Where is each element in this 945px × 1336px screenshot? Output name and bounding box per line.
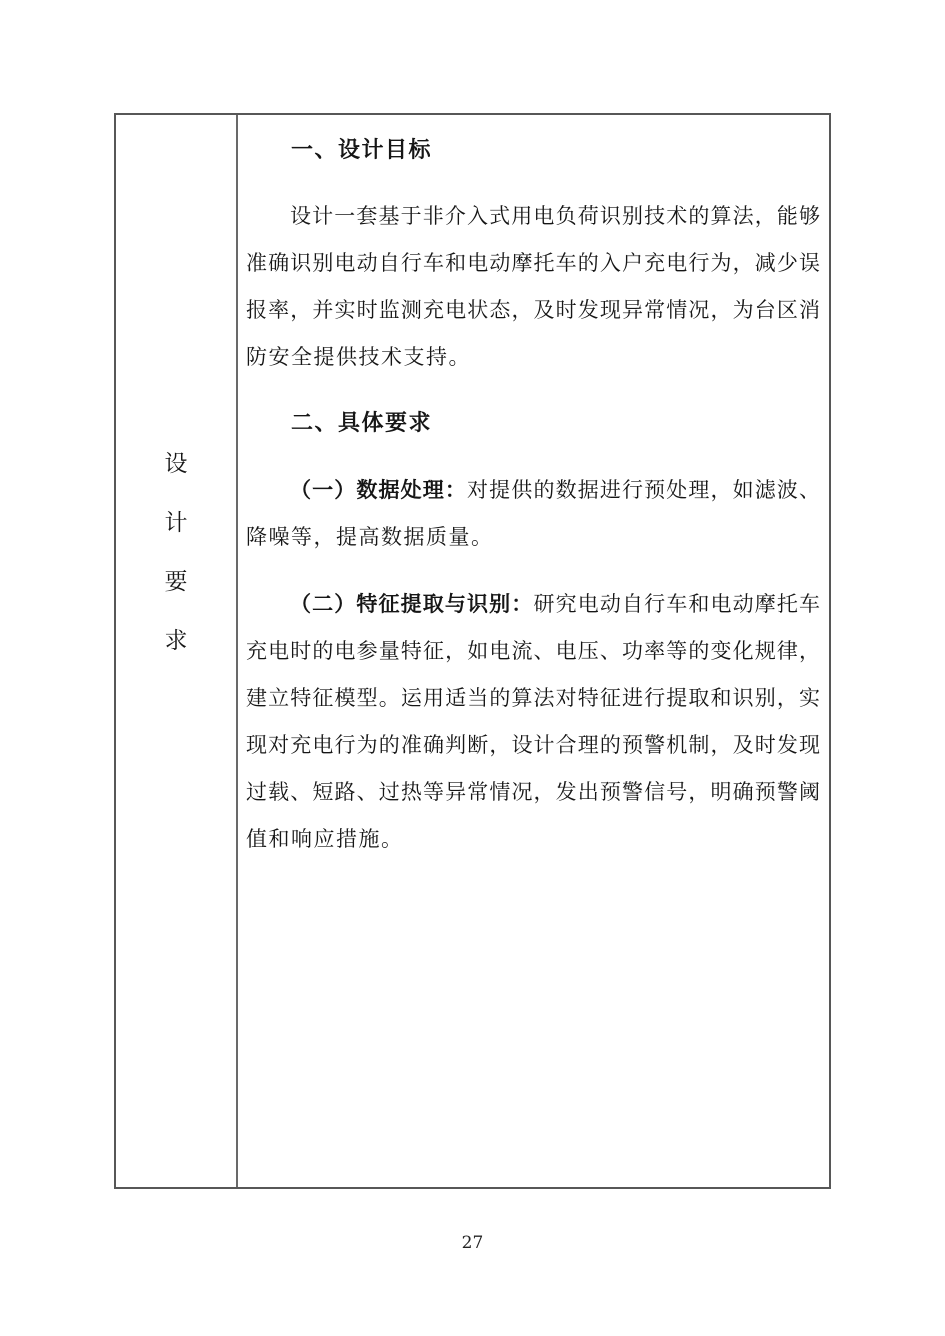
text-line: 现对充电行为的准确判断，设计合理的预警机制，及时发现	[246, 722, 820, 769]
text-run: 对提供的数据进行预处理，如滤波、	[467, 478, 820, 502]
text-run: 值和响应措施。	[246, 827, 404, 851]
text-line: 防安全提供技术支持。	[246, 334, 820, 381]
section-heading: 一、设计目标	[246, 127, 820, 174]
paragraph: （一）数据处理：对提供的数据进行预处理，如滤波、降噪等，提高数据质量。	[246, 466, 820, 561]
text-line: 值和响应措施。	[246, 816, 820, 863]
label-character: 设	[165, 435, 188, 494]
label-character: 求	[165, 612, 188, 671]
text-run: 过载、短路、过热等异常情况，发出预警信号，明确预警阈	[246, 780, 820, 804]
text-run: 设计一套基于非介入式用电负荷识别技术的算法，能够	[290, 204, 820, 228]
paragraph: （二）特征提取与识别：研究电动自行车和电动摩托车充电时的电参量特征，如电流、电压…	[246, 580, 820, 863]
label-column: 设计要求	[116, 115, 238, 1187]
text-line: 降噪等，提高数据质量。	[246, 514, 820, 561]
text-line: （一）数据处理：对提供的数据进行预处理，如滤波、	[246, 466, 820, 514]
text-run: 准确识别电动自行车和电动摩托车的入户充电行为，减少误	[246, 251, 820, 275]
content-cell: 一、设计目标设计一套基于非介入式用电负荷识别技术的算法，能够准确识别电动自行车和…	[238, 115, 829, 1187]
text-run: 建立特征模型。运用适当的算法对特征进行提取和识别，实	[246, 686, 820, 710]
text-line: 准确识别电动自行车和电动摩托车的入户充电行为，减少误	[246, 240, 820, 287]
text-line: 充电时的电参量特征，如电流、电压、功率等的变化规律，	[246, 628, 820, 675]
bold-run: （二）特征提取与识别：	[290, 591, 533, 616]
text-line: 过载、短路、过热等异常情况，发出预警信号，明确预警阈	[246, 769, 820, 816]
text-run: 现对充电行为的准确判断，设计合理的预警机制，及时发现	[246, 733, 820, 757]
text-run: 充电时的电参量特征，如电流、电压、功率等的变化规律，	[246, 639, 820, 663]
text-run: 研究电动自行车和电动摩托车	[533, 592, 820, 616]
text-run: 报率，并实时监测充电状态，及时发现异常情况，为台区消	[246, 298, 820, 322]
text-run: 降噪等，提高数据质量。	[246, 525, 494, 549]
text-line: 设计一套基于非介入式用电负荷识别技术的算法，能够	[246, 193, 820, 240]
label-character: 计	[165, 494, 188, 553]
section-heading: 二、具体要求	[246, 400, 820, 447]
text-line: （二）特征提取与识别：研究电动自行车和电动摩托车	[246, 580, 820, 628]
bold-run: （一）数据处理：	[290, 477, 467, 502]
text-line: 建立特征模型。运用适当的算法对特征进行提取和识别，实	[246, 675, 820, 722]
label-character: 要	[165, 553, 188, 612]
text-line: 报率，并实时监测充电状态，及时发现异常情况，为台区消	[246, 287, 820, 334]
paragraph: 设计一套基于非介入式用电负荷识别技术的算法，能够准确识别电动自行车和电动摩托车的…	[246, 193, 820, 381]
design-requirements-table: 设计要求 一、设计目标设计一套基于非介入式用电负荷识别技术的算法，能够准确识别电…	[114, 113, 831, 1189]
page-number: 27	[0, 1233, 945, 1253]
text-run: 防安全提供技术支持。	[246, 345, 471, 369]
